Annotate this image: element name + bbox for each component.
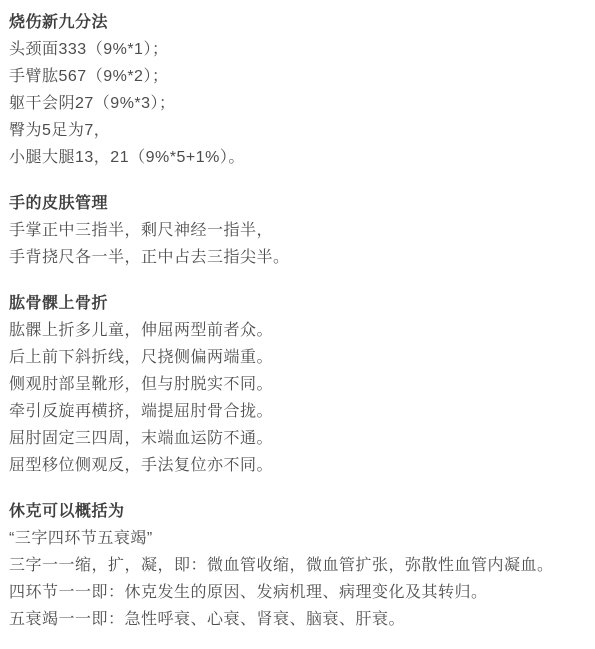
text-line: 躯干会阴27（9%*3）； (9, 90, 585, 117)
section-hand-skin-management: 手的皮肤管理 手掌正中三指半，剩尺神经一指半， 手背挠尺各一半，正中占去三指尖半… (9, 190, 585, 271)
text-line: 小腿大腿13，21（9%*5+1%）。 (9, 144, 585, 171)
section-heading: 休克可以概括为 (9, 498, 585, 525)
section-heading: 烧伤新九分法 (9, 9, 585, 36)
text-line: 手背挠尺各一半，正中占去三指尖半。 (9, 244, 585, 271)
text-line: 四环节一一即：休克发生的原因、发病机理、病理变化及其转归。 (9, 579, 585, 606)
section-shock-summary: 休克可以概括为 “三字四环节五衰竭” 三字一一缩，扩，凝，即：微血管收缩，微血管… (9, 498, 585, 633)
text-line: “三字四环节五衰竭” (9, 525, 585, 552)
text-line: 后上前下斜折线，尺挠侧偏两端重。 (9, 344, 585, 371)
text-line: 屈肘固定三四周，末端血运防不通。 (9, 425, 585, 452)
text-line: 手臂肱567（9%*2）； (9, 63, 585, 90)
section-heading: 手的皮肤管理 (9, 190, 585, 217)
text-line: 三字一一缩，扩，凝，即：微血管收缩，微血管扩张，弥散性血管内凝血。 (9, 552, 585, 579)
text-line: 头颈面333（9%*1）； (9, 36, 585, 63)
document-body: 烧伤新九分法 头颈面333（9%*1）； 手臂肱567（9%*2）； 躯干会阴2… (0, 0, 595, 633)
text-line: 侧观肘部呈靴形，但与肘脱实不同。 (9, 371, 585, 398)
text-line: 五衰竭一一即：急性呼衰、心衰、肾衰、脑衰、肝衰。 (9, 606, 585, 633)
text-line: 手掌正中三指半，剩尺神经一指半， (9, 217, 585, 244)
text-line: 屈型移位侧观反，手法复位亦不同。 (9, 452, 585, 479)
text-line: 肱髁上折多儿童，伸屈两型前者众。 (9, 317, 585, 344)
section-supracondylar-humerus-fracture: 肱骨髁上骨折 肱髁上折多儿童，伸屈两型前者众。 后上前下斜折线，尺挠侧偏两端重。… (9, 290, 585, 479)
text-line: 牵引反旋再横挤，端提屈肘骨合拢。 (9, 398, 585, 425)
section-heading: 肱骨髁上骨折 (9, 290, 585, 317)
text-line: 臀为5足为7， (9, 117, 585, 144)
section-burn-new-rule-of-nines: 烧伤新九分法 头颈面333（9%*1）； 手臂肱567（9%*2）； 躯干会阴2… (9, 9, 585, 171)
